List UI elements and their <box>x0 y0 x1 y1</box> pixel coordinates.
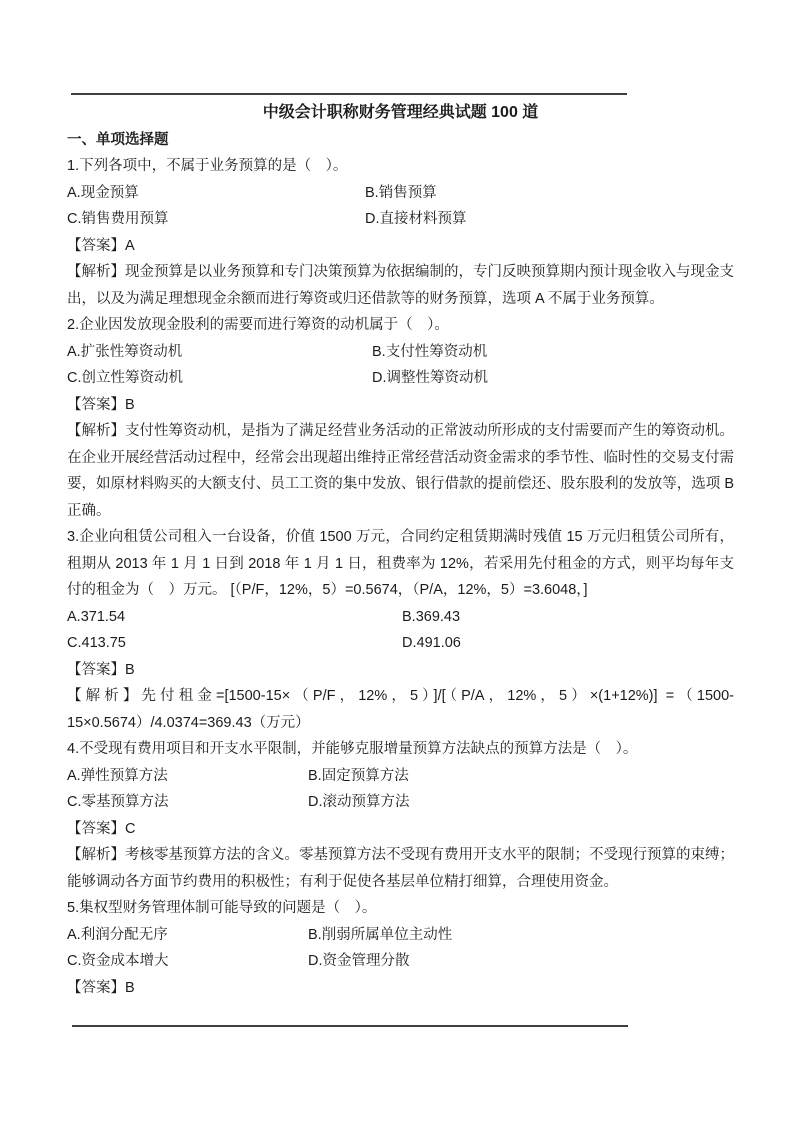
option-c: C.创立性筹资动机 <box>67 365 183 392</box>
option-b: B.369.43 <box>402 604 460 631</box>
option-row: C.资金成本增大 D.资金管理分散 <box>67 948 734 975</box>
option-b: B.支付性筹资动机 <box>372 339 487 366</box>
option-c: C.资金成本增大 <box>67 948 169 975</box>
option-row: C.413.75 D.491.06 <box>67 630 734 657</box>
answer-line: 【答案】B <box>67 392 734 419</box>
option-row: A.弹性预算方法 B.固定预算方法 <box>67 763 734 790</box>
option-b: B.固定预算方法 <box>308 763 409 790</box>
option-row: C.销售费用预算 D.直接材料预算 <box>67 206 734 233</box>
option-b: B.削弱所属单位主动性 <box>308 922 452 949</box>
option-d: D.491.06 <box>402 630 461 657</box>
answer-line: 【答案】B <box>67 657 734 684</box>
question-stem: 5.集权型财务管理体制可能导致的问题是（ ）。 <box>67 895 734 922</box>
option-a: A.371.54 <box>67 604 125 631</box>
page-title: 中级会计职称财务管理经典试题 100 道 <box>67 100 734 127</box>
option-d: D.调整性筹资动机 <box>372 365 488 392</box>
option-d: D.直接材料预算 <box>365 206 467 233</box>
question-3: 3.企业向租赁公司租入一台设备，价值 1500 万元，合同约定租赁期满时残值 1… <box>67 524 734 736</box>
option-c: C.413.75 <box>67 630 126 657</box>
analysis-line: 【解析】考核零基预算方法的含义。零基预算方法不受现有费用开支水平的限制；不受现行… <box>67 842 734 895</box>
option-a: A.利润分配无序 <box>67 922 168 949</box>
question-2: 2.企业因发放现金股利的需要而进行筹资的动机属于（ ）。 A.扩张性筹资动机 B… <box>67 312 734 524</box>
question-1: 1.下列各项中，不属于业务预算的是（ ）。 A.现金预算 B.销售预算 C.销售… <box>67 153 734 312</box>
answer-line: 【答案】C <box>67 816 734 843</box>
footer-rule <box>72 1025 628 1027</box>
question-stem: 3.企业向租赁公司租入一台设备，价值 1500 万元，合同约定租赁期满时残值 1… <box>67 524 734 604</box>
option-row: A.371.54 B.369.43 <box>67 604 734 631</box>
question-5: 5.集权型财务管理体制可能导致的问题是（ ）。 A.利润分配无序 B.削弱所属单… <box>67 895 734 1001</box>
question-stem: 4.不受现有费用项目和开支水平限制，并能够克服增量预算方法缺点的预算方法是（ ）… <box>67 736 734 763</box>
option-row: C.创立性筹资动机 D.调整性筹资动机 <box>67 365 734 392</box>
option-a: A.扩张性筹资动机 <box>67 339 182 366</box>
option-row: A.扩张性筹资动机 B.支付性筹资动机 <box>67 339 734 366</box>
option-d: D.滚动预算方法 <box>308 789 410 816</box>
option-c: C.零基预算方法 <box>67 789 169 816</box>
option-d: D.资金管理分散 <box>308 948 410 975</box>
question-stem: 2.企业因发放现金股利的需要而进行筹资的动机属于（ ）。 <box>67 312 734 339</box>
header-rule <box>71 93 627 95</box>
answer-line: 【答案】A <box>67 233 734 260</box>
option-row: C.零基预算方法 D.滚动预算方法 <box>67 789 734 816</box>
option-a: A.现金预算 <box>67 180 139 207</box>
option-a: A.弹性预算方法 <box>67 763 168 790</box>
option-c: C.销售费用预算 <box>67 206 169 233</box>
option-row: A.利润分配无序 B.削弱所属单位主动性 <box>67 922 734 949</box>
analysis-line: 【解析】现金预算是以业务预算和专门决策预算为依据编制的，专门反映预算期内预计现金… <box>67 259 734 312</box>
document-page: 中级会计职称财务管理经典试题 100 道 一、单项选择题 1.下列各项中，不属于… <box>0 0 793 1122</box>
section-heading: 一、单项选择题 <box>67 127 734 154</box>
question-stem: 1.下列各项中，不属于业务预算的是（ ）。 <box>67 153 734 180</box>
option-row: A.现金预算 B.销售预算 <box>67 180 734 207</box>
question-4: 4.不受现有费用项目和开支水平限制，并能够克服增量预算方法缺点的预算方法是（ ）… <box>67 736 734 895</box>
option-b: B.销售预算 <box>365 180 437 207</box>
answer-line: 【答案】B <box>67 975 734 1002</box>
analysis-line: 【解析】支付性筹资动机，是指为了满足经营业务活动的正常波动所形成的支付需要而产生… <box>67 418 734 524</box>
document-content: 中级会计职称财务管理经典试题 100 道 一、单项选择题 1.下列各项中，不属于… <box>67 100 734 1001</box>
analysis-line: 【解析】先付租金=[1500-15×（P/F，12%，5）]/[（P/A，12%… <box>67 683 734 736</box>
